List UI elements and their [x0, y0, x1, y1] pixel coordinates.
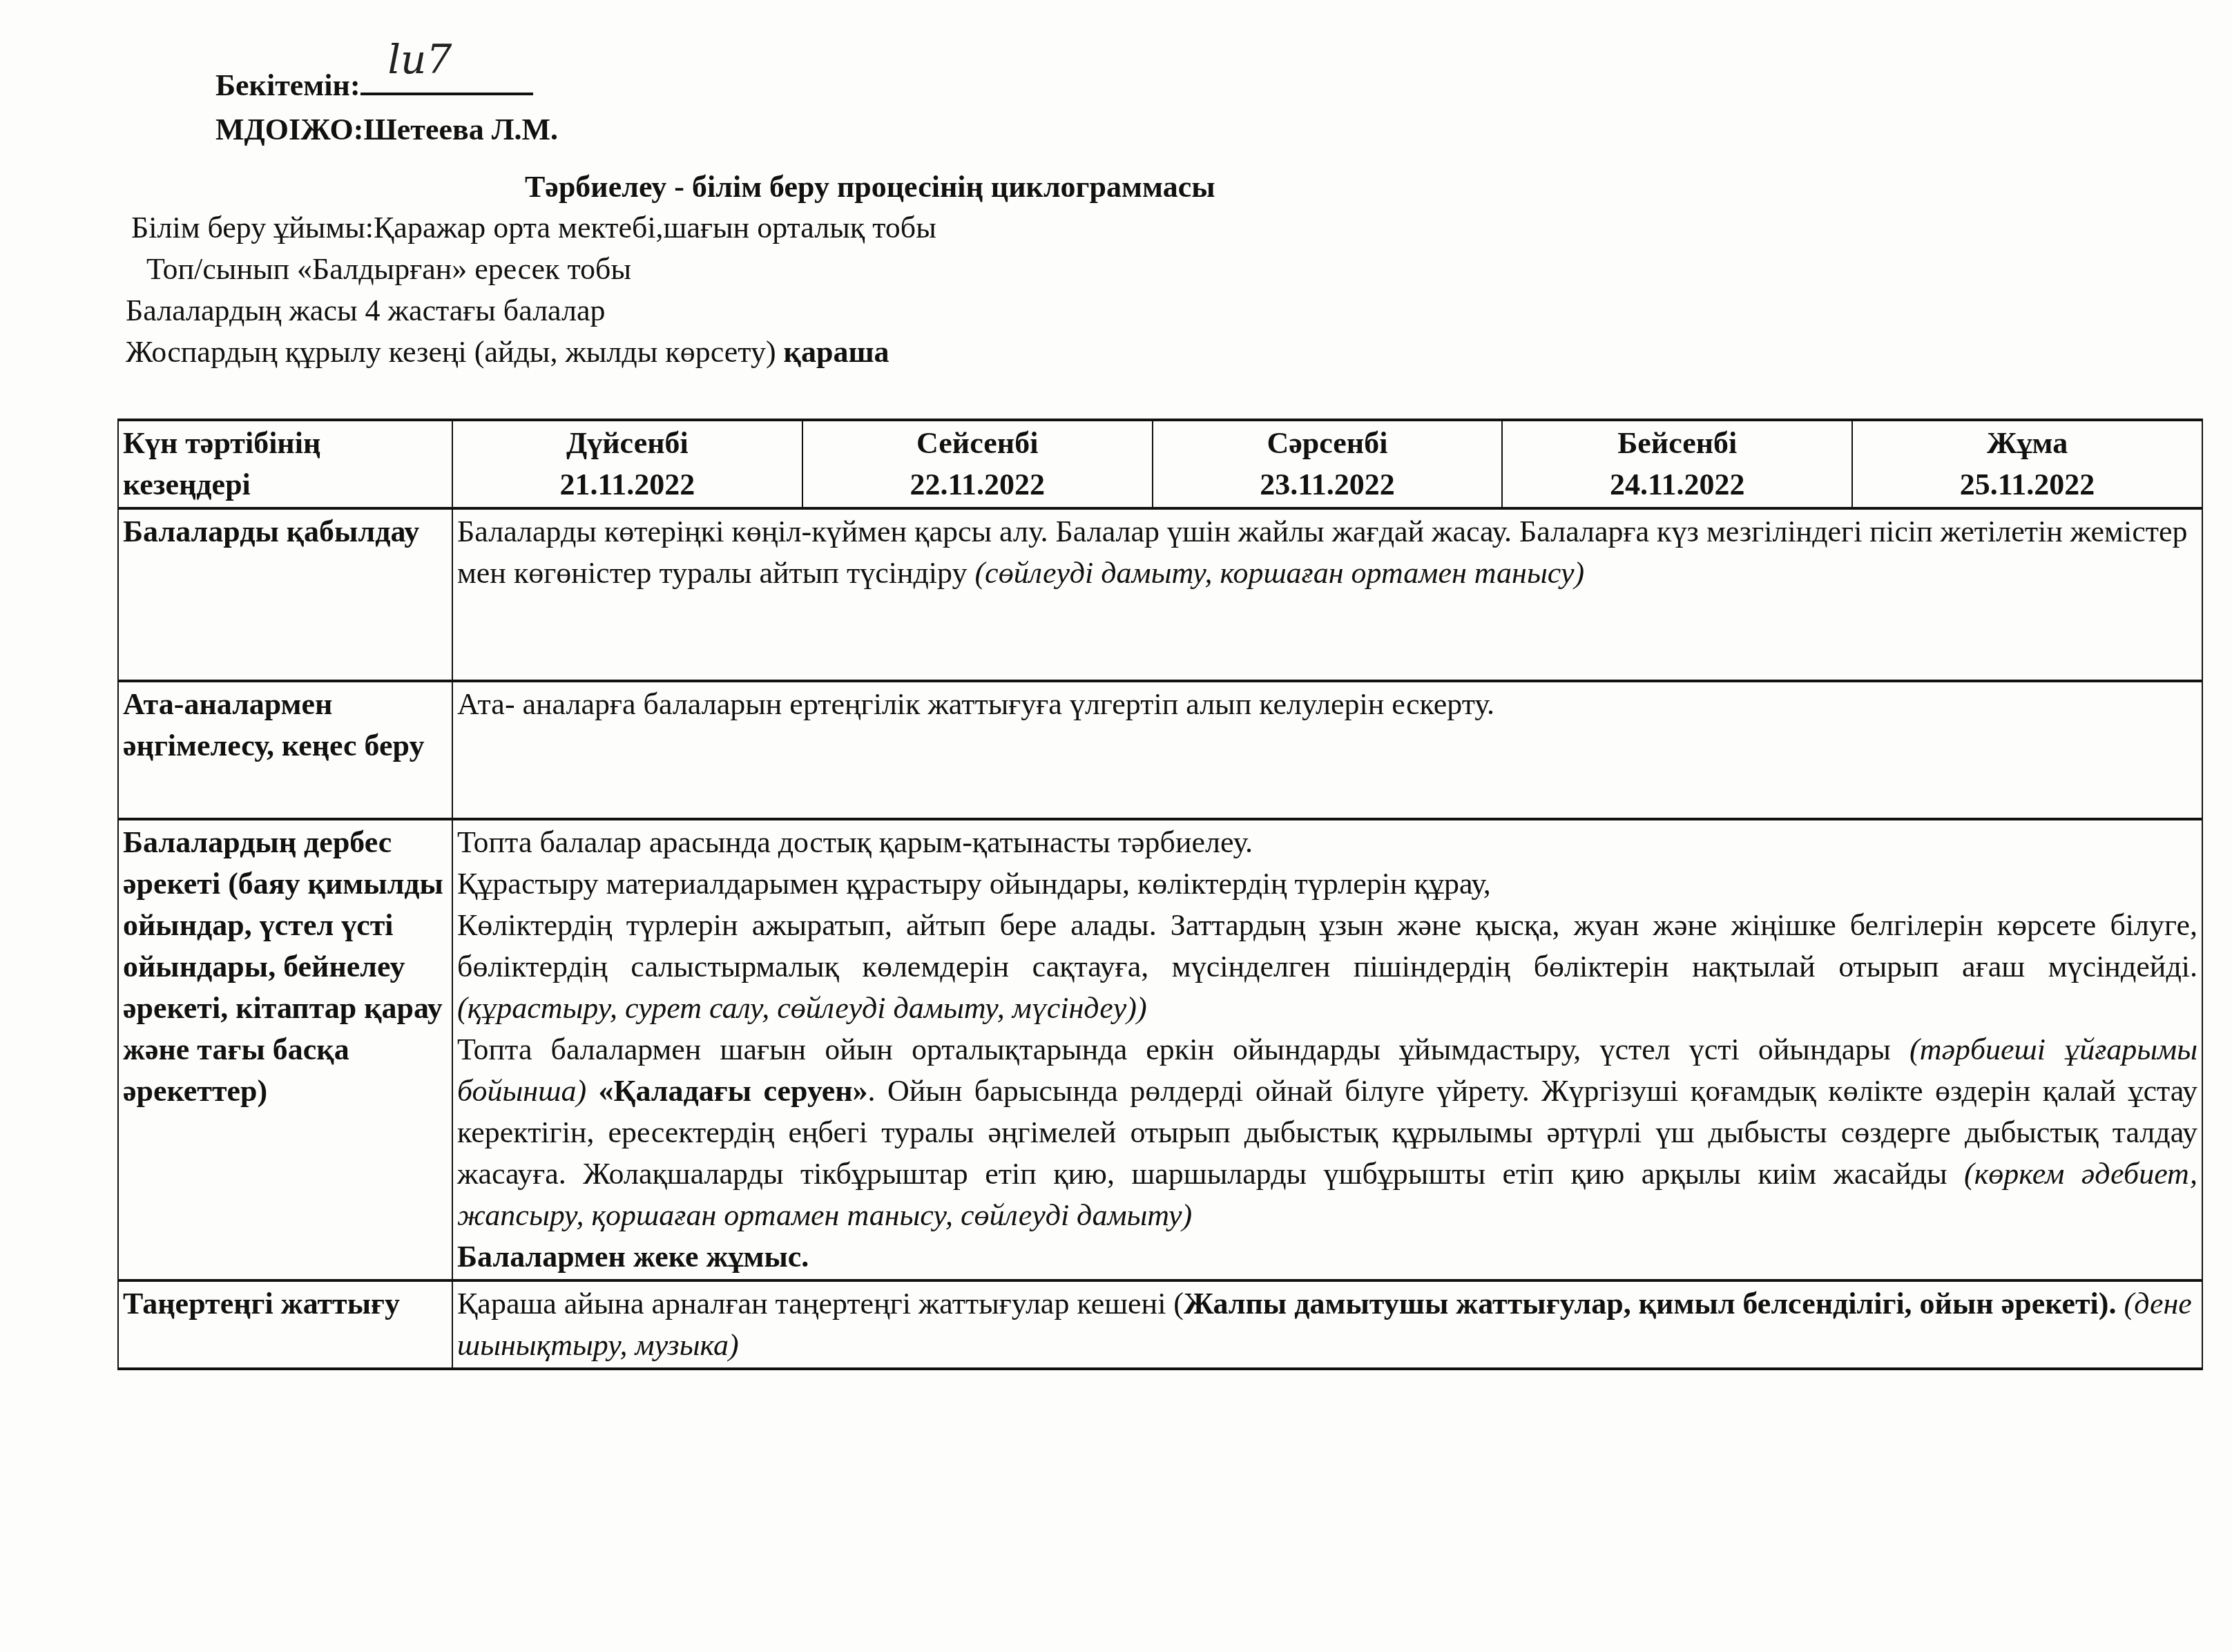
stage-cell: Балалардың дербес әрекеті (баяу қимылды …	[118, 819, 452, 1280]
stage-column-header: Күн тәртібінің кезеңдері	[118, 420, 452, 508]
content-cell: Қараша айына арналған таңертеңгі жаттығу…	[452, 1280, 2202, 1369]
stage-cell: Ата-аналармен әңгімелесу, кеңес беру	[118, 681, 452, 819]
period-label: Жоспардың құрылу кезеңі (айды, жылды көр…	[126, 335, 776, 369]
content-cell: Топта балалар арасында достық қарым-қаты…	[452, 819, 2202, 1280]
content-cell: Балаларды көтеріңкі көңіл-күймен қарсы а…	[452, 508, 2202, 681]
approved-label: Бекітемін:	[215, 68, 360, 102]
signature-line: lu7	[360, 65, 533, 95]
period-line: Жоспардың құрылу кезеңі (айды, жылды көр…	[126, 332, 936, 373]
approval-block: Бекітемін:lu7 МДОІЖО:Шетеева Л.М.	[215, 64, 558, 152]
content-cell: Ата- аналарға балаларын ертеңгілік жатты…	[452, 681, 2202, 819]
table-row: Ата-аналармен әңгімелесу, кеңес беру Ата…	[118, 681, 2202, 819]
table-row: Балалардың дербес әрекеті (баяу қимылды …	[118, 819, 2202, 1280]
stage-cell: Таңертеңгі жаттығу	[118, 1280, 452, 1369]
approval-line: Бекітемін:lu7	[215, 64, 558, 108]
table-row: Балаларды қабылдау Балаларды көтеріңкі к…	[118, 508, 2202, 681]
stage-cell: Балаларды қабылдау	[118, 508, 452, 681]
signature: lu7	[388, 37, 452, 81]
table-row: Таңертеңгі жаттығу Қараша айына арналған…	[118, 1280, 2202, 1369]
day-header: Сәрсенбі23.11.2022	[1153, 420, 1503, 508]
group-line: Топ/сынып «Балдырған» ересек тобы	[131, 249, 936, 290]
document-title: Тәрбиелеу - білім беру процесінің циклог…	[0, 169, 2232, 204]
day-header: Сейсенбі22.11.2022	[802, 420, 1153, 508]
document-meta: Білім беру ұйымы:Қаражар орта мектебі,ша…	[131, 207, 936, 373]
day-header: Дүйсенбі21.11.2022	[452, 420, 802, 508]
table-header-row: Күн тәртібінің кезеңдері Дүйсенбі21.11.2…	[118, 420, 2202, 508]
day-header: Бейсенбі24.11.2022	[1502, 420, 1852, 508]
age-line: Балалардың жасы 4 жастағы балалар	[126, 290, 936, 332]
day-header: Жұма25.11.2022	[1852, 420, 2202, 508]
cyclogram-table: Күн тәртібінің кезеңдері Дүйсенбі21.11.2…	[117, 419, 2203, 1370]
director-line: МДОІЖО:Шетеева Л.М.	[215, 108, 558, 152]
period-value: қараша	[784, 335, 889, 369]
organization-line: Білім беру ұйымы:Қаражар орта мектебі,ша…	[131, 207, 936, 249]
